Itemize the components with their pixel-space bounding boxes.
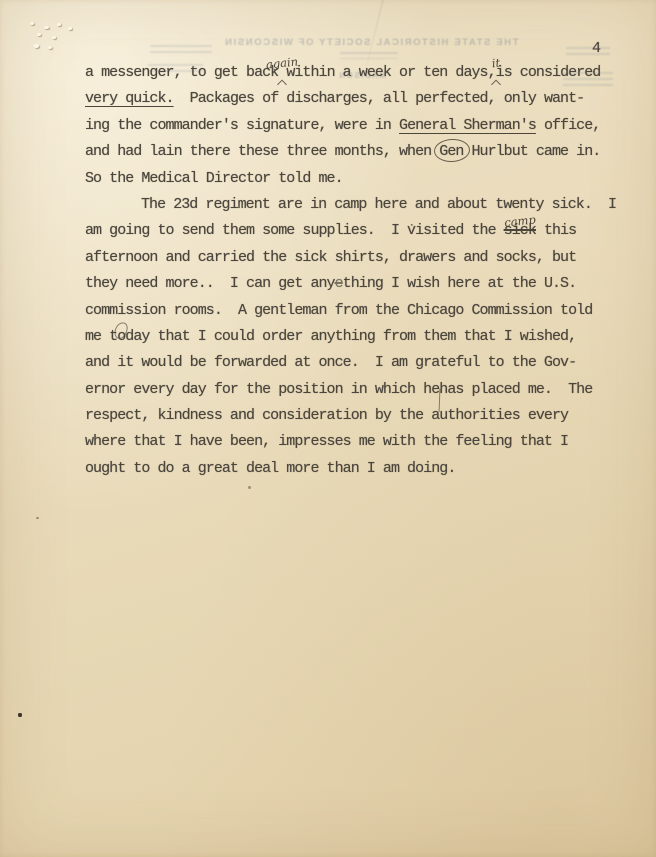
text-line: me today that I could order anything fro… [85,324,630,350]
typed-text: has placed me. The [439,381,592,398]
punch-mark [48,46,52,49]
punch-mark [52,36,56,39]
ink-speck [36,517,39,519]
typed-text: thing I wish here at the U.S. [343,275,577,292]
typed-text: respect, kindness and consideration by t… [85,407,568,424]
underlined-text: very quick. [85,90,174,107]
page-number: 4 [592,40,601,57]
typed-text: they need more.. I can get any [85,275,335,292]
punch-mark [30,22,34,25]
typed-text: is considered [496,64,601,81]
typed-text: day that I could order anything from the… [125,328,576,345]
punch-mark [44,26,49,29]
typed-text: office, [536,117,600,134]
circled-text: Gen [439,143,463,160]
text-line: where that I have been, impresses me wit… [85,429,630,455]
bleed-through-letterhead: THE STATE HISTORICAL SOCIETY OF WISCONSI… [180,37,562,48]
typed-text: me t [85,328,117,345]
bleed-through-smudge [150,45,212,55]
typed-text: where that I have been, impresses me wit… [85,433,568,450]
typed-text: and had lain there these three months, w… [85,143,439,160]
typed-text: afternoon and carried the sick shirts, d… [85,249,576,266]
text-line: am going to send them some supplies. I v… [85,218,630,244]
underlined-text: General Sherman's [399,117,536,134]
punch-mark [57,23,61,26]
text-line: The 23d regiment are in camp here and ab… [85,192,630,218]
text-line: and had lain there these three months, w… [85,139,630,165]
bleed-through-smudge [340,52,398,59]
typed-text: and it would be forwarded at once. I am … [85,354,576,371]
text-block: a messenger, to get back againwithin a w… [85,60,630,482]
typed-text: ing the commander's signature, were in [85,117,399,134]
text-line: and it would be forwarded at once. I am … [85,350,630,376]
text-line: a messenger, to get back againwithin a w… [85,60,630,86]
typed-text: commission rooms. A gentleman from the C… [85,302,592,319]
typed-text: this [536,222,576,239]
punch-mark [37,33,41,36]
text-line: respect, kindness and consideration by t… [85,403,630,429]
punch-mark [34,44,39,48]
typed-text: Packages of discharges, all perfected, o… [174,90,585,107]
typed-text: a messenger, to get back [85,64,278,81]
text-line: commission rooms. A gentleman from the C… [85,298,630,324]
typed-text: ought to do a great deal more than I am … [85,460,455,477]
struck-text: sickcamp [504,222,536,239]
text-line: So the Medical Director told me. [85,166,630,192]
text-line: ernor every day for the position in whic… [85,377,630,403]
typed-text: ernor every day for the position in whic… [85,381,439,398]
text-line: afternoon and carried the sick shirts, d… [85,245,630,271]
ink-speck [248,486,251,489]
ink-speck [18,713,22,717]
bleed-through-smudge [566,47,610,59]
text-line: ing the commander's signature, were in G… [85,113,630,139]
typed-text: Hurlbut came in. [463,143,600,160]
struck-text: e [335,275,343,292]
handwritten-annotation: camp [503,207,537,237]
typed-text: am going to send them some supplies. I v… [85,222,504,239]
typed-text: So the Medical Director told me. [85,170,343,187]
text-line: they need more.. I can get anyething I w… [85,271,630,297]
text-line: ought to do a great deal more than I am … [85,456,630,482]
text-line: very quick. Packages of discharges, all … [85,86,630,112]
punch-mark [68,27,72,30]
document-page: THE STATE HISTORICAL SOCIETY OF WISCONSI… [0,0,656,857]
typed-text: within a week or ten days, [286,64,495,81]
typed-text: The 23d regiment are in camp here and ab… [141,196,616,213]
